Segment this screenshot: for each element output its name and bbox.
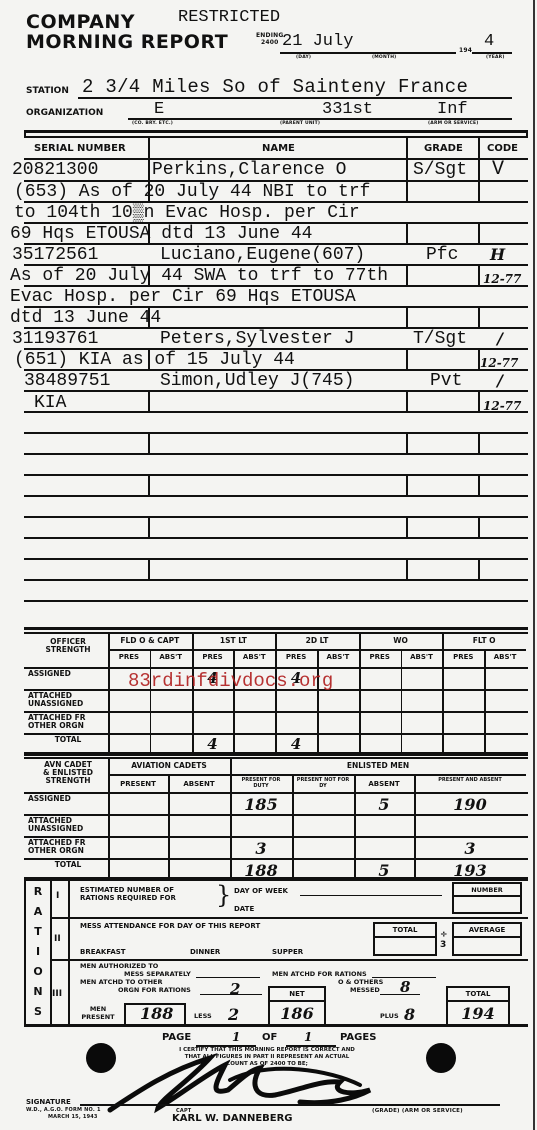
net-label: NET bbox=[270, 990, 324, 998]
plus-value[interactable]: 8 bbox=[404, 1005, 415, 1024]
entry-remark: As of 20 July 44 SWA to trf to 77th bbox=[10, 266, 388, 286]
section-iii-numeral: III bbox=[52, 990, 62, 998]
column-divider bbox=[478, 516, 480, 537]
binder-hole-right bbox=[426, 1043, 456, 1073]
entry-remark: Evac Hosp. per Cir 69 Hqs ETOUSA bbox=[10, 287, 356, 307]
entry-remark: to 104th 10▒n Evac Hosp. per Cir bbox=[14, 203, 360, 223]
supper-label: SUPPER bbox=[272, 948, 303, 956]
year-sublabel: (YEAR) bbox=[486, 55, 505, 60]
parent-unit-sublabel: (PARENT UNIT) bbox=[280, 121, 320, 126]
entry-remark: (651) KIA as of 15 July 44 bbox=[14, 350, 295, 370]
enlisted-col-header: PRESENT AND ABSENT bbox=[414, 777, 526, 783]
others-messed-label-2: MESSED bbox=[350, 986, 380, 994]
column-divider bbox=[478, 474, 480, 495]
organization-label: ORGANIZATION bbox=[26, 108, 103, 118]
of-label: OF bbox=[262, 1034, 277, 1042]
entry-serial: 20821300 bbox=[12, 160, 98, 180]
column-divider bbox=[406, 558, 408, 579]
year-value[interactable]: 4 bbox=[484, 32, 494, 51]
others-messed-label-1: O & OTHERS bbox=[338, 978, 383, 986]
pages-label: PAGES bbox=[340, 1034, 376, 1042]
date-label: DATE bbox=[234, 905, 254, 913]
atchd-other-value[interactable]: 2 bbox=[230, 980, 240, 998]
entry-code: / bbox=[497, 371, 503, 390]
aviation-cadets-header: AVIATION CADETS bbox=[108, 762, 230, 770]
rations-top-border bbox=[24, 877, 528, 880]
rations-total-value[interactable]: 194 bbox=[448, 1004, 508, 1023]
officer-subcol-header: PRES bbox=[108, 653, 150, 661]
plus-label: PLUS bbox=[380, 1012, 399, 1020]
column-divider bbox=[148, 390, 150, 411]
entry-code: / bbox=[497, 329, 503, 348]
column-divider bbox=[406, 432, 408, 453]
mess-separately-label-2: MESS SEPARATELY bbox=[124, 970, 191, 978]
ruled-line bbox=[24, 600, 528, 602]
station-value[interactable]: 2 3/4 Miles So of Sainteny France bbox=[82, 76, 468, 98]
watermark: 83rdinfdivdocs.org bbox=[128, 670, 333, 692]
less-label: LESS bbox=[194, 1012, 212, 1020]
officer-row-label: ASSIGNED bbox=[28, 670, 108, 678]
officer-group-header: WO bbox=[359, 637, 443, 645]
organization-underline bbox=[128, 118, 512, 120]
officer-cell[interactable]: 4 bbox=[275, 735, 317, 753]
entry-grade: S/Sgt bbox=[413, 160, 467, 180]
signature-line bbox=[80, 1104, 500, 1106]
column-divider bbox=[406, 264, 408, 285]
brace-icon: } bbox=[216, 881, 231, 909]
enlisted-row-label: TOTAL bbox=[28, 861, 108, 869]
dinner-label: DINNER bbox=[190, 948, 220, 956]
signature-label: SIGNATURE bbox=[26, 1098, 71, 1106]
year-prefix: 194 bbox=[459, 47, 472, 54]
breakfast-label: BREAKFAST bbox=[80, 948, 126, 956]
entry-remark: 69 Hqs ETOUSA dtd 13 June 44 bbox=[10, 224, 312, 244]
divide-by-three-icon: ÷ 3 bbox=[440, 930, 450, 950]
column-header-serial: SERIAL NUMBER bbox=[34, 143, 126, 154]
ruled-line bbox=[24, 537, 528, 539]
atchd-other-label-1: MEN ATCHD TO OTHER bbox=[80, 978, 163, 986]
officer-group-header: FLT O bbox=[442, 637, 526, 645]
column-divider bbox=[148, 516, 150, 537]
officer-subcol-header: PRES bbox=[192, 653, 234, 661]
enlisted-cell[interactable]: 5 bbox=[354, 795, 414, 814]
officer-subcol-header: ABS'T bbox=[233, 653, 275, 661]
entry-name: Simon,Udley J(745) bbox=[160, 371, 354, 391]
officer-group-header: 2D LT bbox=[275, 637, 359, 645]
column-divider bbox=[478, 136, 480, 180]
date-month-sublabel: (MONTH) bbox=[372, 55, 396, 60]
entry-mark: 12-77 bbox=[480, 356, 518, 370]
table-top-border bbox=[24, 130, 528, 133]
column-divider bbox=[478, 558, 480, 579]
entry-code: H bbox=[490, 245, 505, 264]
mess-attendance-label: MESS ATTENDANCE FOR DAY OF THIS REPORT bbox=[80, 922, 260, 930]
year-underline bbox=[472, 52, 512, 54]
entry-serial: 38489751 bbox=[24, 371, 110, 391]
enlisted-col-header: PRESENT NOT FOR DY bbox=[292, 777, 354, 789]
column-header-name: NAME bbox=[262, 143, 295, 154]
column-divider bbox=[406, 474, 408, 495]
column-divider bbox=[148, 432, 150, 453]
enlisted-col-header: ABSENT bbox=[354, 780, 414, 788]
men-present-value[interactable]: 188 bbox=[140, 1004, 173, 1023]
section-ii-numeral: II bbox=[54, 935, 61, 943]
officer-strength-title: OFFICER STRENGTH bbox=[28, 638, 108, 654]
page-label: PAGE bbox=[162, 1034, 191, 1042]
ruled-line bbox=[24, 495, 528, 497]
rations-total-label: TOTAL bbox=[448, 990, 508, 998]
column-divider bbox=[406, 348, 408, 369]
column-divider bbox=[478, 180, 480, 201]
enlisted-cell[interactable]: 3 bbox=[414, 839, 526, 858]
officer-group-header: FLD O & CAPT bbox=[108, 637, 192, 645]
column-divider bbox=[148, 136, 150, 180]
net-value[interactable]: 186 bbox=[270, 1004, 324, 1023]
ruled-line bbox=[24, 411, 528, 413]
grade-arm-label: (GRADE) (ARM OR SERVICE) bbox=[372, 1108, 463, 1114]
enlisted-men-header: ENLISTED MEN bbox=[230, 762, 526, 770]
column-divider bbox=[406, 516, 408, 537]
form-right-edge bbox=[533, 0, 535, 1130]
column-divider bbox=[406, 180, 408, 201]
ruled-line bbox=[24, 516, 528, 518]
page-value: 1 bbox=[232, 1030, 240, 1044]
column-divider bbox=[406, 222, 408, 243]
officer-cell[interactable]: 4 bbox=[192, 735, 234, 753]
estimated-rations-label: ESTIMATED NUMBER OF RATIONS REQUIRED FOR bbox=[80, 886, 176, 902]
company-value[interactable]: E bbox=[154, 100, 164, 119]
station-underline bbox=[78, 97, 512, 99]
officer-section-top-border bbox=[24, 627, 528, 630]
report-date[interactable]: 21 July bbox=[282, 32, 353, 51]
date-underline bbox=[280, 52, 456, 54]
ending-label: ENDING 2400 bbox=[256, 32, 283, 46]
officer-subcol-header: ABS'T bbox=[401, 653, 443, 661]
ruled-line bbox=[24, 579, 528, 581]
officer-subcol-header: PRES bbox=[275, 653, 317, 661]
company-sublabel: (CO. BRY. ETC.) bbox=[132, 121, 173, 126]
ruled-line bbox=[24, 558, 528, 560]
atchd-other-label-2: ORGN FOR RATIONS bbox=[118, 986, 191, 994]
enlisted-row-label: ATTACHEDUNASSIGNED bbox=[28, 817, 108, 833]
number-label: NUMBER bbox=[454, 886, 520, 894]
form-title-line2: MORNING REPORT bbox=[26, 32, 228, 52]
arm-sublabel: (ARM OR SERVICE) bbox=[428, 121, 478, 126]
officer-row-label: TOTAL bbox=[28, 736, 108, 744]
signer-name-typed: KARL W. DANNEBERG bbox=[172, 1115, 293, 1123]
officer-subcol-header: PRES bbox=[359, 653, 401, 661]
day-of-week-label: DAY OF WEEK bbox=[234, 887, 288, 895]
enlisted-col-header: ABSENT bbox=[168, 780, 230, 788]
arm-value[interactable]: Inf bbox=[437, 100, 468, 119]
enlisted-cell[interactable]: 190 bbox=[414, 795, 526, 814]
enlisted-strength-title: AVN CADET & ENLISTED STRENGTH bbox=[28, 761, 108, 785]
atchd-for-rations-label: MEN ATCHD FOR RATIONS bbox=[272, 970, 367, 978]
total-label: TOTAL bbox=[375, 926, 435, 934]
entry-mark: 12-77 bbox=[483, 272, 521, 286]
column-header-grade: GRADE bbox=[424, 143, 463, 154]
entry-grade: Pfc bbox=[426, 245, 458, 265]
column-divider bbox=[406, 136, 408, 180]
pages-value: 1 bbox=[304, 1030, 312, 1044]
entry-serial: 35172561 bbox=[12, 245, 98, 265]
entry-remark: (653) As of 20 July 44 NBI to trf bbox=[14, 182, 370, 202]
officer-group-header: 1ST LT bbox=[192, 637, 276, 645]
station-label: STATION bbox=[26, 86, 69, 96]
column-divider bbox=[406, 306, 408, 327]
officer-subcol-header: ABS'T bbox=[150, 653, 192, 661]
column-divider bbox=[478, 390, 480, 411]
date-day-sublabel: (DAY) bbox=[296, 55, 311, 60]
men-present-label: MEN PRESENT bbox=[74, 1005, 122, 1021]
entry-grade: Pvt bbox=[430, 371, 462, 391]
column-divider bbox=[148, 558, 150, 579]
mess-separately-field[interactable] bbox=[196, 977, 260, 978]
section-i-numeral: I bbox=[56, 892, 59, 900]
entry-mark: 12-77 bbox=[483, 399, 521, 413]
rations-side-label: RATIONS bbox=[31, 882, 45, 1022]
less-value[interactable]: 2 bbox=[228, 1005, 239, 1024]
entry-name: Perkins,Clarence O bbox=[152, 160, 346, 180]
column-divider bbox=[478, 432, 480, 453]
column-divider bbox=[148, 474, 150, 495]
officer-subcol-header: PRES bbox=[442, 653, 484, 661]
entry-name: Luciano,Eugene(607) bbox=[160, 245, 365, 265]
column-divider bbox=[478, 306, 480, 327]
officer-row-label: ATTACHEDUNASSIGNED bbox=[28, 692, 108, 708]
enlisted-row-label: ATTACHED FROTHER ORGN bbox=[28, 839, 108, 855]
entry-remark: KIA bbox=[34, 393, 66, 413]
handwritten-signature bbox=[100, 1050, 400, 1120]
entry-serial: 31193761 bbox=[12, 329, 98, 349]
enlisted-col-header: PRESENT FOR DUTY bbox=[230, 777, 292, 789]
enlisted-col-header: PRESENT bbox=[108, 780, 168, 788]
officer-subcol-header: ABS'T bbox=[317, 653, 359, 661]
column-divider bbox=[478, 222, 480, 243]
enlisted-section-top-border bbox=[24, 752, 528, 755]
average-label: AVERAGE bbox=[454, 926, 520, 934]
parent-unit-value[interactable]: 331st bbox=[322, 100, 373, 119]
entry-remark: dtd 13 June 44 bbox=[10, 308, 161, 328]
mess-separately-label-1: MEN AUTHORIZED TO bbox=[80, 962, 158, 970]
ruled-line bbox=[24, 432, 528, 434]
classification-stamp: RESTRICTED bbox=[178, 8, 280, 27]
officer-subcol-header: ABS'T bbox=[484, 653, 526, 661]
enlisted-row-label: ASSIGNED bbox=[28, 795, 108, 803]
column-header-code: CODE bbox=[487, 143, 518, 154]
column-divider bbox=[406, 390, 408, 411]
column-divider bbox=[478, 264, 480, 285]
entry-grade: T/Sgt bbox=[413, 329, 467, 349]
day-of-week-field[interactable] bbox=[300, 895, 442, 896]
officer-row-label: ATTACHED FROTHER ORGN bbox=[28, 714, 108, 730]
ruled-line bbox=[24, 474, 528, 476]
enlisted-cell[interactable]: 185 bbox=[230, 795, 292, 814]
entry-name: Peters,Sylvester J bbox=[160, 329, 354, 349]
ruled-line bbox=[24, 453, 528, 455]
entry-code: V bbox=[492, 158, 504, 181]
form-id: W.D., A.G.O. FORM NO. 1 MARCH 15, 1943 bbox=[26, 1107, 101, 1121]
enlisted-cell[interactable]: 3 bbox=[230, 839, 292, 858]
